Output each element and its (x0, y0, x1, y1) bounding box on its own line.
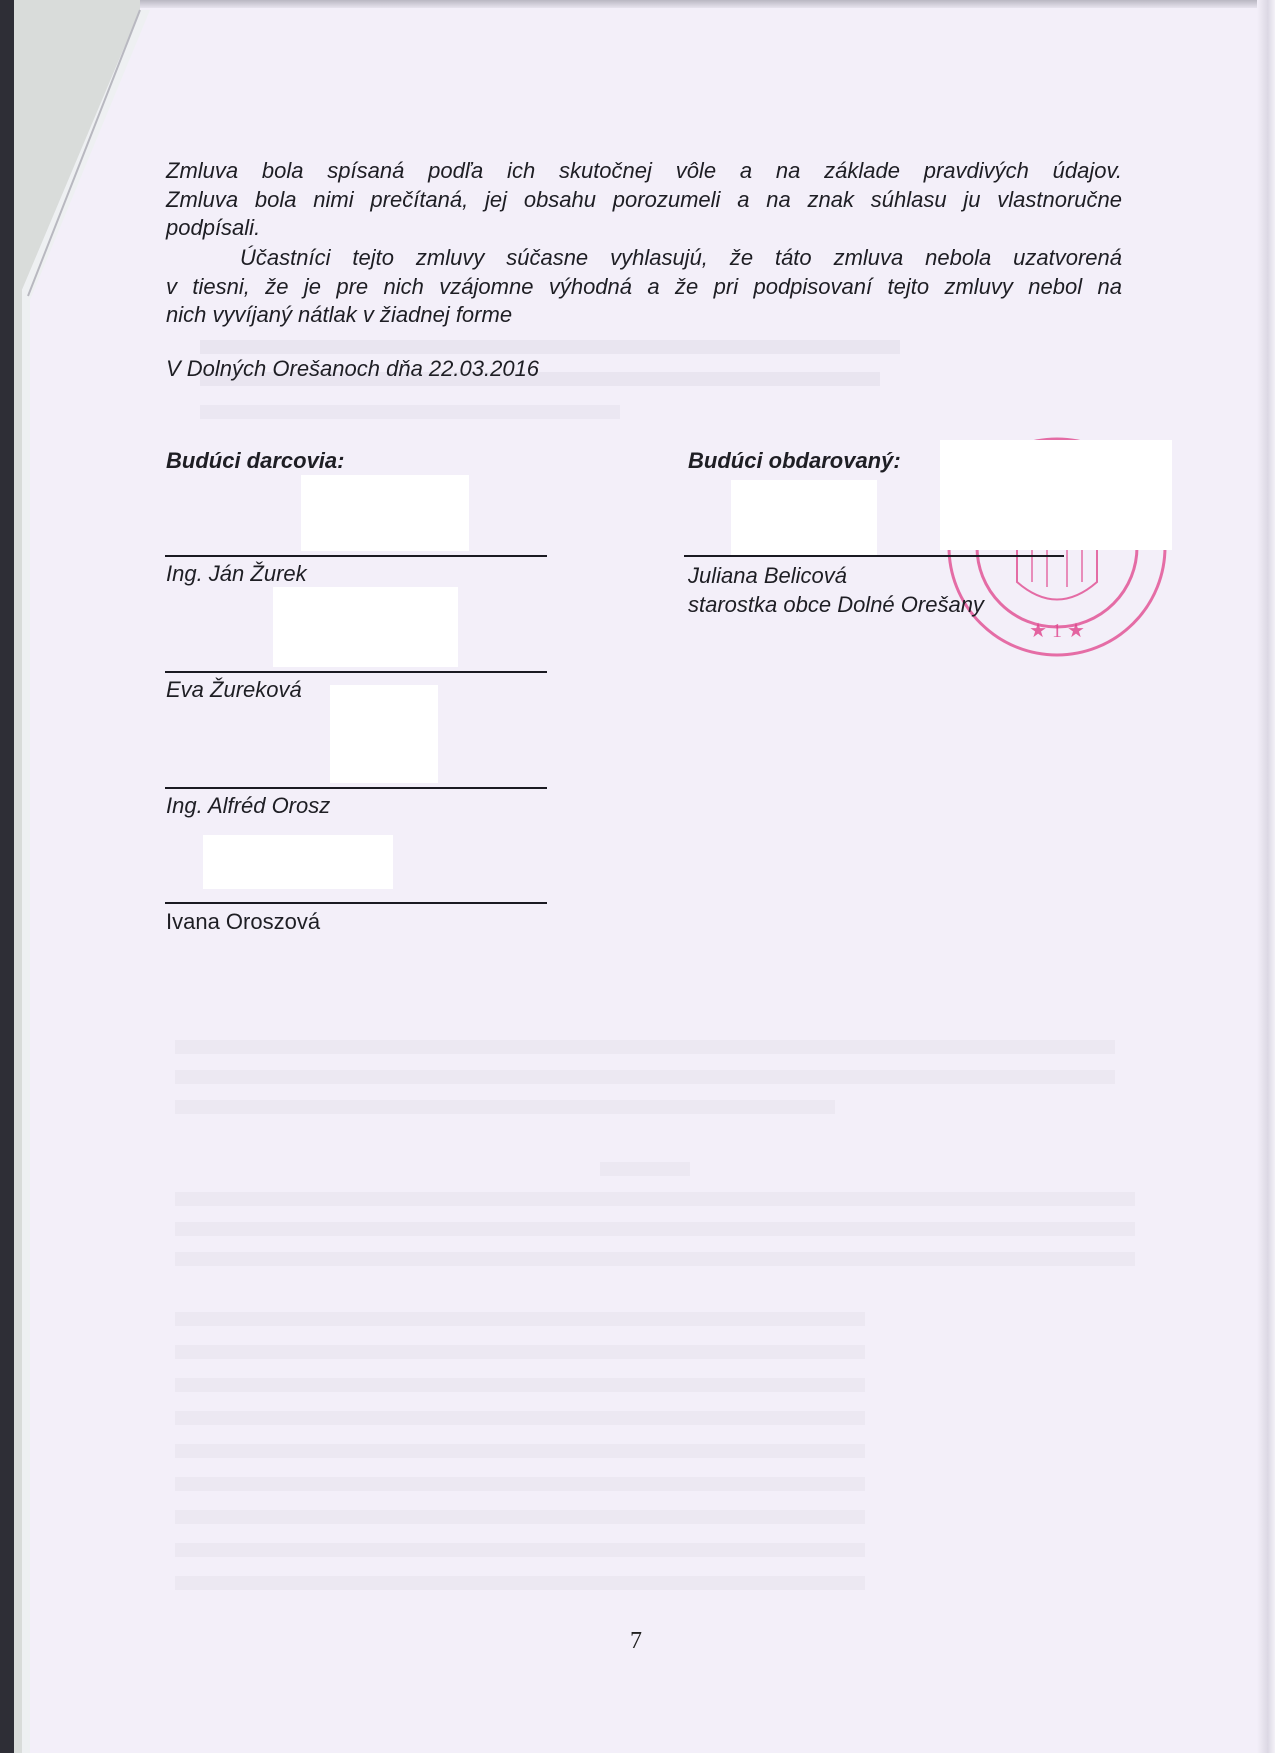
page-fold-shadow (0, 0, 160, 1753)
redacted-stamp-area (940, 440, 1172, 550)
redacted-signature (330, 685, 438, 783)
signatory-name: Ing. Ján Žurek (166, 563, 307, 585)
place-date: V Dolných Orešanoch dňa 22.03.2016 (166, 358, 539, 380)
recipient-role: starostka obce Dolné Orešany (688, 594, 984, 616)
redacted-signature (273, 587, 458, 667)
signatory-name: Ing. Alfréd Orosz (166, 795, 330, 817)
signature-line (165, 671, 547, 673)
signatory-name: Eva Žureková (166, 679, 302, 701)
paragraph-2-line-1: Účastníci tejto zmluvy súčasne vyhlasujú… (240, 247, 1122, 269)
redacted-signature (301, 475, 469, 551)
signature-line (165, 787, 547, 789)
paragraph-1-line-3: podpísali. (166, 217, 260, 239)
signature-line (165, 902, 547, 904)
paragraph-1-line-2: Zmluva bola nimi prečítaná, jej obsahu p… (166, 189, 1122, 211)
signature-line (165, 555, 547, 557)
svg-text:★ 1 ★: ★ 1 ★ (1029, 620, 1085, 642)
paragraph-2-line-3: nich vyvíjaný nátlak v žiadnej forme (166, 304, 512, 326)
recipient-heading: Budúci obdarovaný: (688, 450, 901, 472)
signature-line (684, 555, 1064, 557)
redacted-signature (203, 835, 393, 889)
redacted-signature (731, 480, 877, 556)
document-page: Zmluva bola spísaná podľa ich skutočnej … (0, 0, 1275, 1753)
page-number: 7 (630, 1628, 642, 1655)
donors-heading: Budúci darcovia: (166, 450, 344, 472)
paragraph-2-line-2: v tiesni, že je pre nich vzájomne výhodn… (166, 276, 1122, 298)
recipient-name: Juliana Belicová (688, 565, 847, 587)
scan-edge-top (140, 0, 1275, 8)
signatory-name: Ivana Oroszová (166, 911, 320, 933)
scan-edge-right (1257, 0, 1275, 1753)
paragraph-1-line-1: Zmluva bola spísaná podľa ich skutočnej … (166, 160, 1122, 182)
